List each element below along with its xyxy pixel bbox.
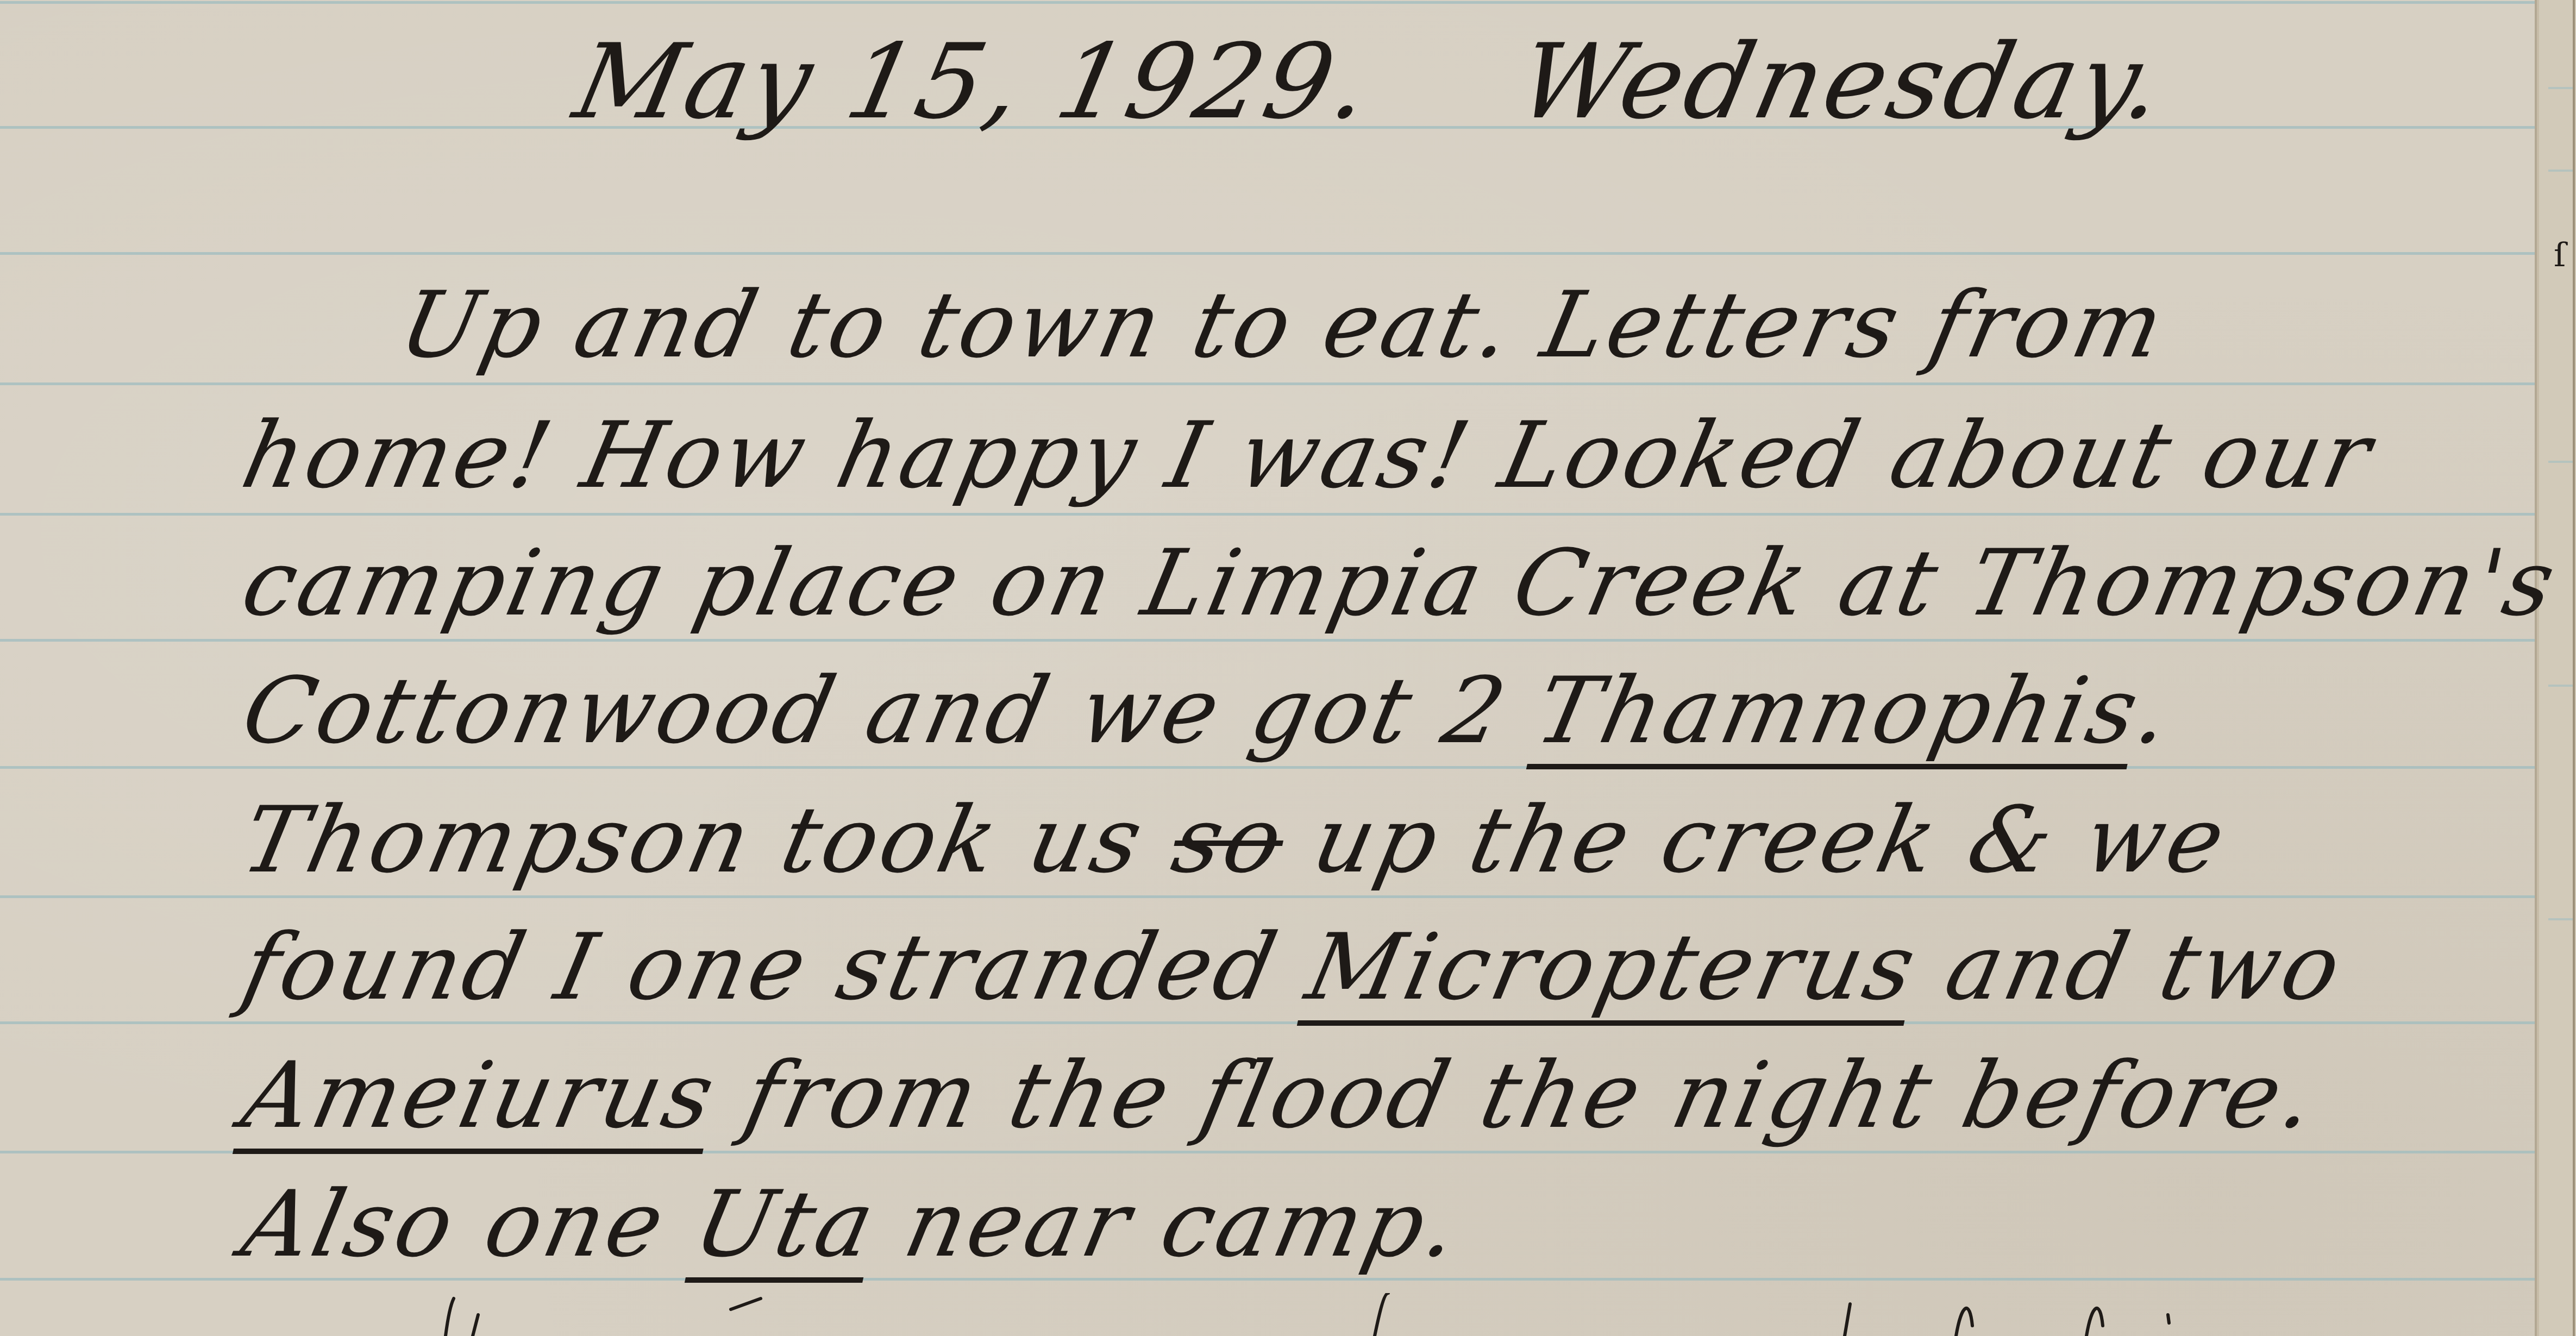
ruled-line (0, 895, 2537, 898)
ruled-line (0, 252, 2537, 255)
page-edge (2573, 0, 2575, 1336)
ruled-line (0, 766, 2537, 769)
journal-line-7: Ameiurus from the flood the night before… (234, 1042, 2327, 1149)
species-name-ameiurus: Ameiurus (234, 1042, 726, 1149)
journal-line-6: found I one stranded Micropterus and two (234, 914, 2353, 1020)
species-name-micropterus: Micropterus (1298, 914, 1927, 1020)
line-text: camping place on Limpia Creek at Thompso… (234, 530, 2567, 636)
species-name-uta: Uta (686, 1171, 886, 1277)
line-text: and two (1904, 914, 2353, 1020)
ruled-line (0, 1151, 2537, 1153)
margin-ruled-line (2548, 170, 2573, 172)
ruled-line (0, 1278, 2537, 1281)
entry-header: May 15, 1929. Wednesday. (565, 22, 2177, 142)
line-text: found (234, 914, 569, 1020)
line-text: Cottonwood and we got 2 (234, 657, 1550, 764)
margin-ruled-line (2548, 685, 2573, 687)
journal-line-4: Cottonwood and we got 2 Thamnophis. (234, 657, 2183, 764)
journal-line-2: home! How happy I was! Looked about our (234, 402, 2383, 509)
journal-line-3: camping place on Limpia Creek at Thompso… (234, 530, 2567, 636)
line-text: Up and to town to eat. Letters from (391, 272, 2176, 378)
ruled-line (0, 639, 2537, 642)
species-name-thamnophis: Thamnophis (1527, 657, 2150, 764)
line-text: one stranded (586, 914, 1321, 1020)
margin-pen-mark: ſ (2554, 239, 2566, 272)
ruled-line (0, 1021, 2537, 1024)
entry-weekday: Wednesday. (1508, 22, 2177, 142)
journal-line-8: Also one Uta near camp. (234, 1171, 1470, 1277)
entry-date: May 15, 1929. (565, 22, 1384, 142)
margin-ruled-line (2548, 87, 2573, 89)
margin-ruled-line (2548, 918, 2573, 920)
cutoff-line-ascenders (0, 1293, 2576, 1336)
journal-line-5: Thompson took us so up the creek & we (234, 787, 2237, 893)
journal-page: ſ May 15, 1929. Wednesday. Up and to tow… (0, 0, 2576, 1336)
line-text: up the creek & we (1272, 787, 2236, 893)
line-text: home! How happy I was! Looked about our (234, 402, 2383, 509)
line-text: Also one (234, 1171, 709, 1277)
line-text: Thompson took us (234, 787, 1187, 893)
ruled-line (0, 382, 2537, 385)
page-margin-strip (2535, 0, 2576, 1336)
ruled-line (0, 513, 2537, 516)
journal-line-1: Up and to town to eat. Letters from (391, 272, 2176, 378)
margin-ruled-line (2548, 461, 2573, 463)
ruled-line (0, 1, 2537, 4)
line-text: near camp. (863, 1171, 1470, 1277)
line-text: from the flood the night before. (704, 1042, 2327, 1149)
